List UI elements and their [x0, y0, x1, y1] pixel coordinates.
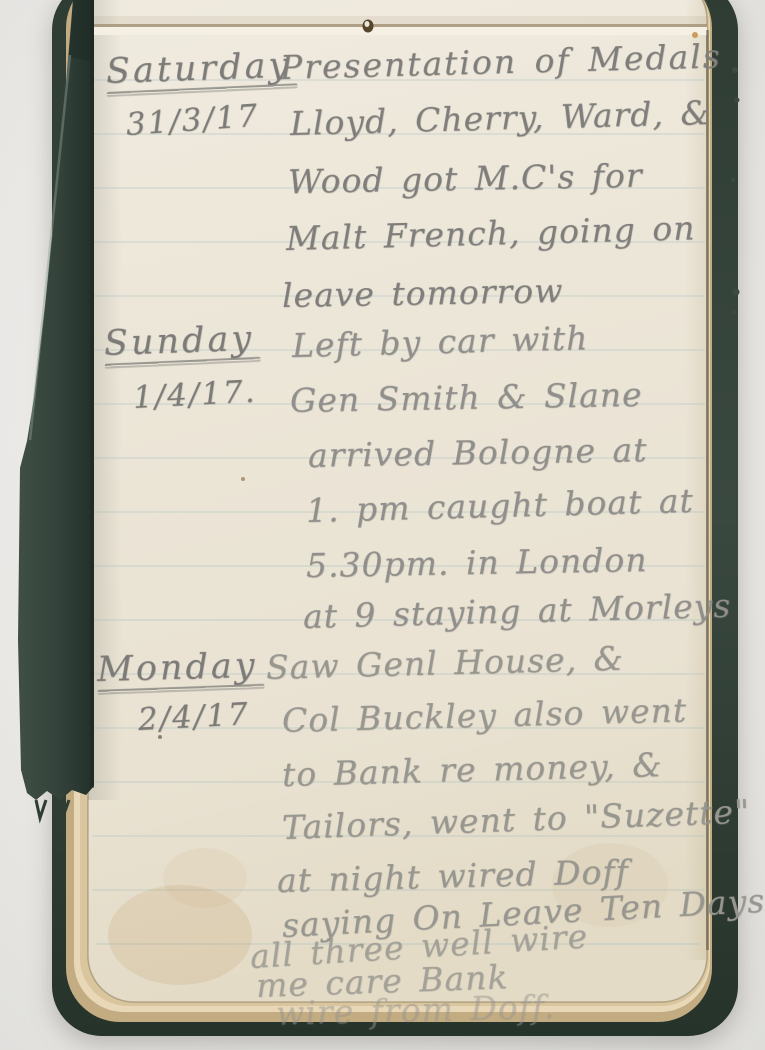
diary-line: 1. pm caught boat at: [305, 481, 694, 530]
diary-line: Wood got M.C's for: [288, 156, 643, 201]
diary-line: Presentation of Medals: [279, 36, 722, 87]
entry-day-label: Sunday: [103, 319, 254, 364]
handwriting-layer: Saturday 31/3/17 Presentation of Medals …: [0, 0, 765, 1050]
entry-date: 2/4/17: [137, 696, 251, 738]
diary-line: Malt French, going on: [285, 208, 695, 258]
diary-line: wire from Doff.: [275, 987, 555, 1033]
diary-line: leave tomorrow: [282, 271, 564, 315]
diary-line: to Bank re money, &: [281, 745, 663, 794]
entry-day-label: Monday: [96, 646, 257, 690]
diary-photo: Saturday 31/3/17 Presentation of Medals …: [0, 0, 765, 1050]
diary-line: Col Buckley also went: [281, 690, 687, 740]
entry-date: 1/4/17.: [132, 374, 257, 416]
entry-date: 31/3/17: [125, 98, 261, 143]
diary-line: Gen Smith & Slane: [290, 375, 643, 420]
diary-line: arrived Bologne at: [308, 430, 648, 475]
entry-day-label: Saturday: [105, 46, 292, 92]
diary-line: Saw Genl House, &: [265, 639, 624, 687]
diary-line: Left by car with: [291, 318, 588, 365]
diary-line: 5.30pm. in London: [306, 540, 648, 585]
diary-line: Lloyd, Cherry, Ward, &: [289, 93, 711, 143]
diary-line: Tailors, went to "Suzette": [281, 792, 750, 847]
diary-line: at 9 staying at Morleys: [302, 586, 731, 636]
